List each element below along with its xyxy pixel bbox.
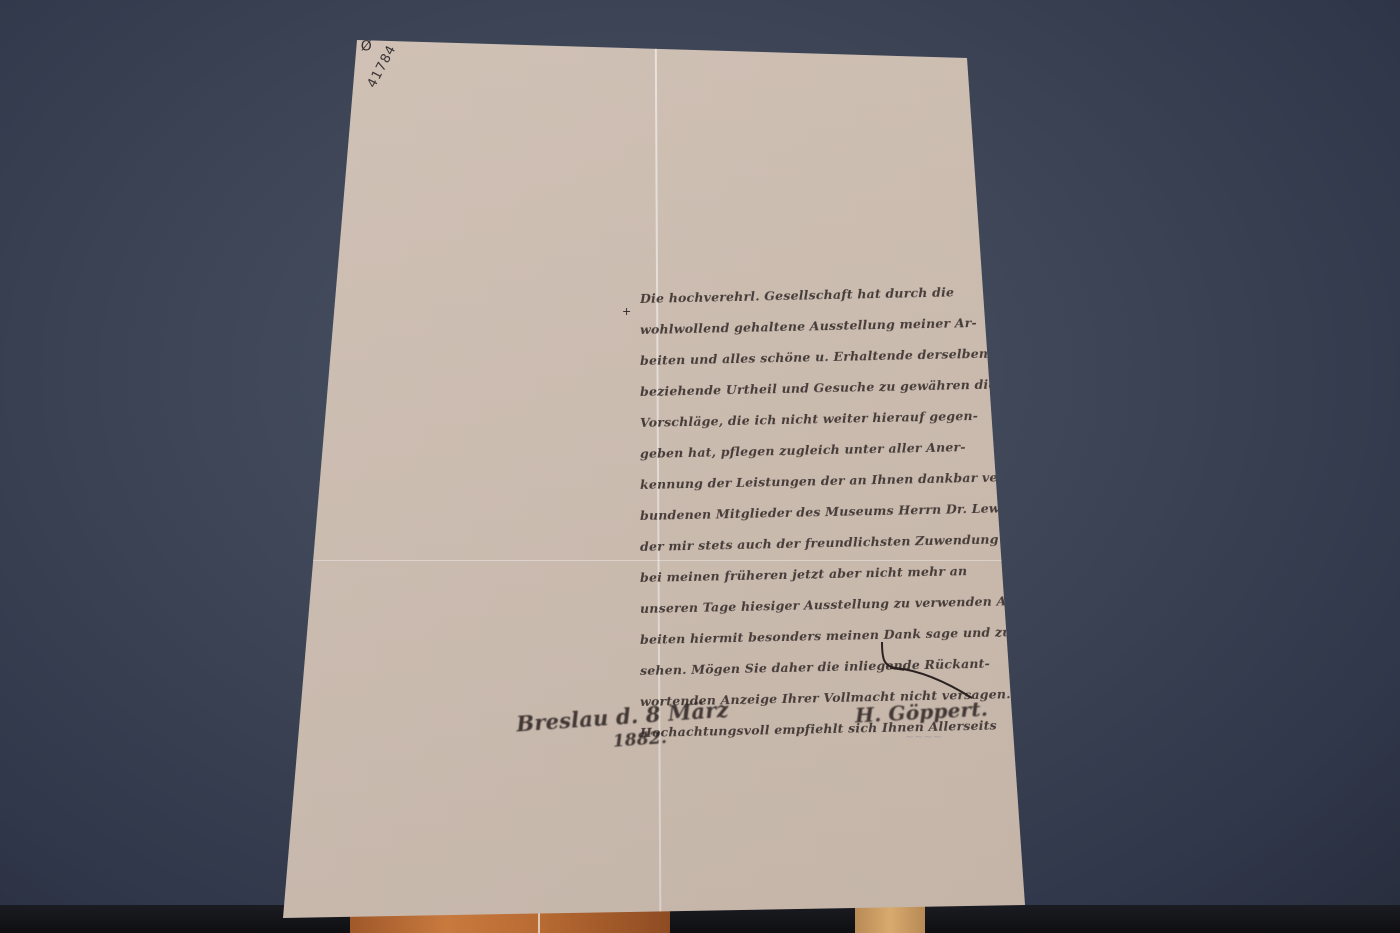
signature-flourish-icon — [860, 640, 980, 700]
wooden-easel-right — [855, 905, 925, 933]
faint-pencil-mark: ~~~~ — [905, 730, 942, 743]
place-and-date: Breslau d. 8 März 1882. — [516, 698, 731, 761]
margin-mark: + — [622, 305, 631, 318]
catalog-symbol: Ø — [361, 39, 372, 53]
